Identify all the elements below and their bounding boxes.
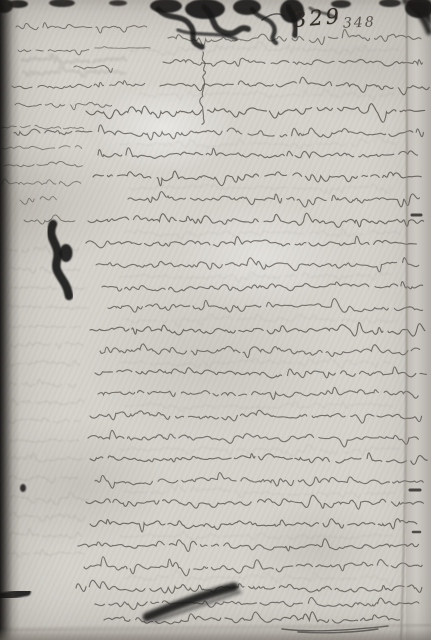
text-line-handwriting	[90, 323, 425, 337]
ghost-showthrough	[120, 272, 390, 282]
text-line-handwriting	[128, 192, 419, 207]
ghost-showthrough	[9, 305, 88, 310]
ghost-showthrough	[120, 445, 399, 457]
text-line-handwriting	[88, 213, 424, 227]
text-line-handwriting	[88, 430, 418, 447]
text-line-handwriting	[100, 344, 425, 358]
ghost-showthrough	[10, 325, 80, 328]
margin-note-handwriting	[18, 50, 89, 55]
left-edge-mark	[0, 592, 27, 597]
ghost-showthrough	[130, 184, 391, 193]
ghost-showthrough	[120, 136, 395, 148]
ghost-showthrough	[10, 267, 80, 273]
bottom-page-edge	[0, 625, 431, 630]
ink-blob	[0, 0, 13, 13]
ghost-showthrough	[11, 342, 83, 348]
ghost-showthrough	[11, 453, 83, 462]
ghost-showthrough	[10, 379, 82, 387]
ink-blob	[20, 484, 26, 492]
ghost-showthrough	[11, 512, 84, 521]
text-line-handwriting	[14, 125, 423, 140]
bottom-smudge	[147, 587, 234, 617]
ink-blob	[109, 0, 127, 6]
text-line-handwriting	[160, 77, 429, 95]
text-line-handwriting	[95, 473, 423, 489]
ghost-showthrough	[130, 42, 398, 55]
text-line-handwriting	[96, 258, 419, 272]
ghost-showthrough	[11, 399, 84, 405]
ghost-showthrough	[120, 358, 391, 367]
ghost-showthrough	[9, 529, 81, 538]
page-number-secondary: 348	[343, 14, 376, 31]
margin-note-handwriting	[12, 81, 145, 89]
text-line-handwriting	[98, 387, 418, 399]
text-line-handwriting	[90, 410, 422, 423]
margin-note-handwriting	[2, 179, 81, 186]
text-line-handwriting	[86, 236, 416, 248]
ghost-showthrough	[140, 89, 394, 99]
ink-blob	[150, 0, 182, 13]
ghost-showthrough	[11, 286, 85, 289]
ghost-showthrough	[10, 493, 90, 505]
margin-note-handwriting	[16, 23, 147, 33]
ghost-showthrough	[120, 531, 393, 540]
margin-note-handwriting	[2, 125, 84, 129]
text-line-handwriting	[108, 299, 423, 313]
ghost-showthrough	[125, 484, 393, 497]
text-line-handwriting	[95, 597, 419, 609]
ghost-showthrough	[125, 229, 405, 239]
ink-blob	[60, 244, 73, 262]
manuscript-photo: 329 348	[0, 0, 431, 640]
text-line-handwriting	[98, 148, 423, 159]
text-line-handwriting	[76, 580, 422, 593]
ghost-showthrough	[9, 360, 79, 366]
page-number-folio: 329	[292, 4, 343, 32]
ghost-showthrough	[22, 55, 128, 63]
text-line-handwriting	[90, 519, 423, 532]
margin-note-handwriting	[2, 146, 82, 150]
margin-note-handwriting	[15, 103, 112, 110]
text-line-handwriting	[84, 557, 422, 576]
ghost-showthrough	[9, 418, 80, 423]
ghost-showthrough	[125, 314, 395, 327]
text-line-handwriting	[86, 104, 425, 123]
ghost-showthrough	[10, 549, 84, 557]
right-page-edge-line	[401, 0, 407, 640]
text-line-handwriting	[95, 367, 426, 378]
manuscript-artwork	[0, 0, 431, 640]
text-line-handwriting	[102, 282, 423, 292]
ghost-showthrough	[9, 476, 78, 483]
text-line-handwriting	[90, 453, 427, 464]
margin-note-handwriting	[4, 161, 82, 166]
text-line-handwriting	[93, 171, 421, 186]
text-line-handwriting	[86, 495, 423, 509]
ink-blob	[185, 0, 225, 19]
text-line-handwriting	[78, 539, 418, 552]
ghost-showthrough	[125, 570, 393, 585]
margin-note-handwriting	[20, 197, 56, 205]
ghost-showthrough	[10, 439, 79, 442]
